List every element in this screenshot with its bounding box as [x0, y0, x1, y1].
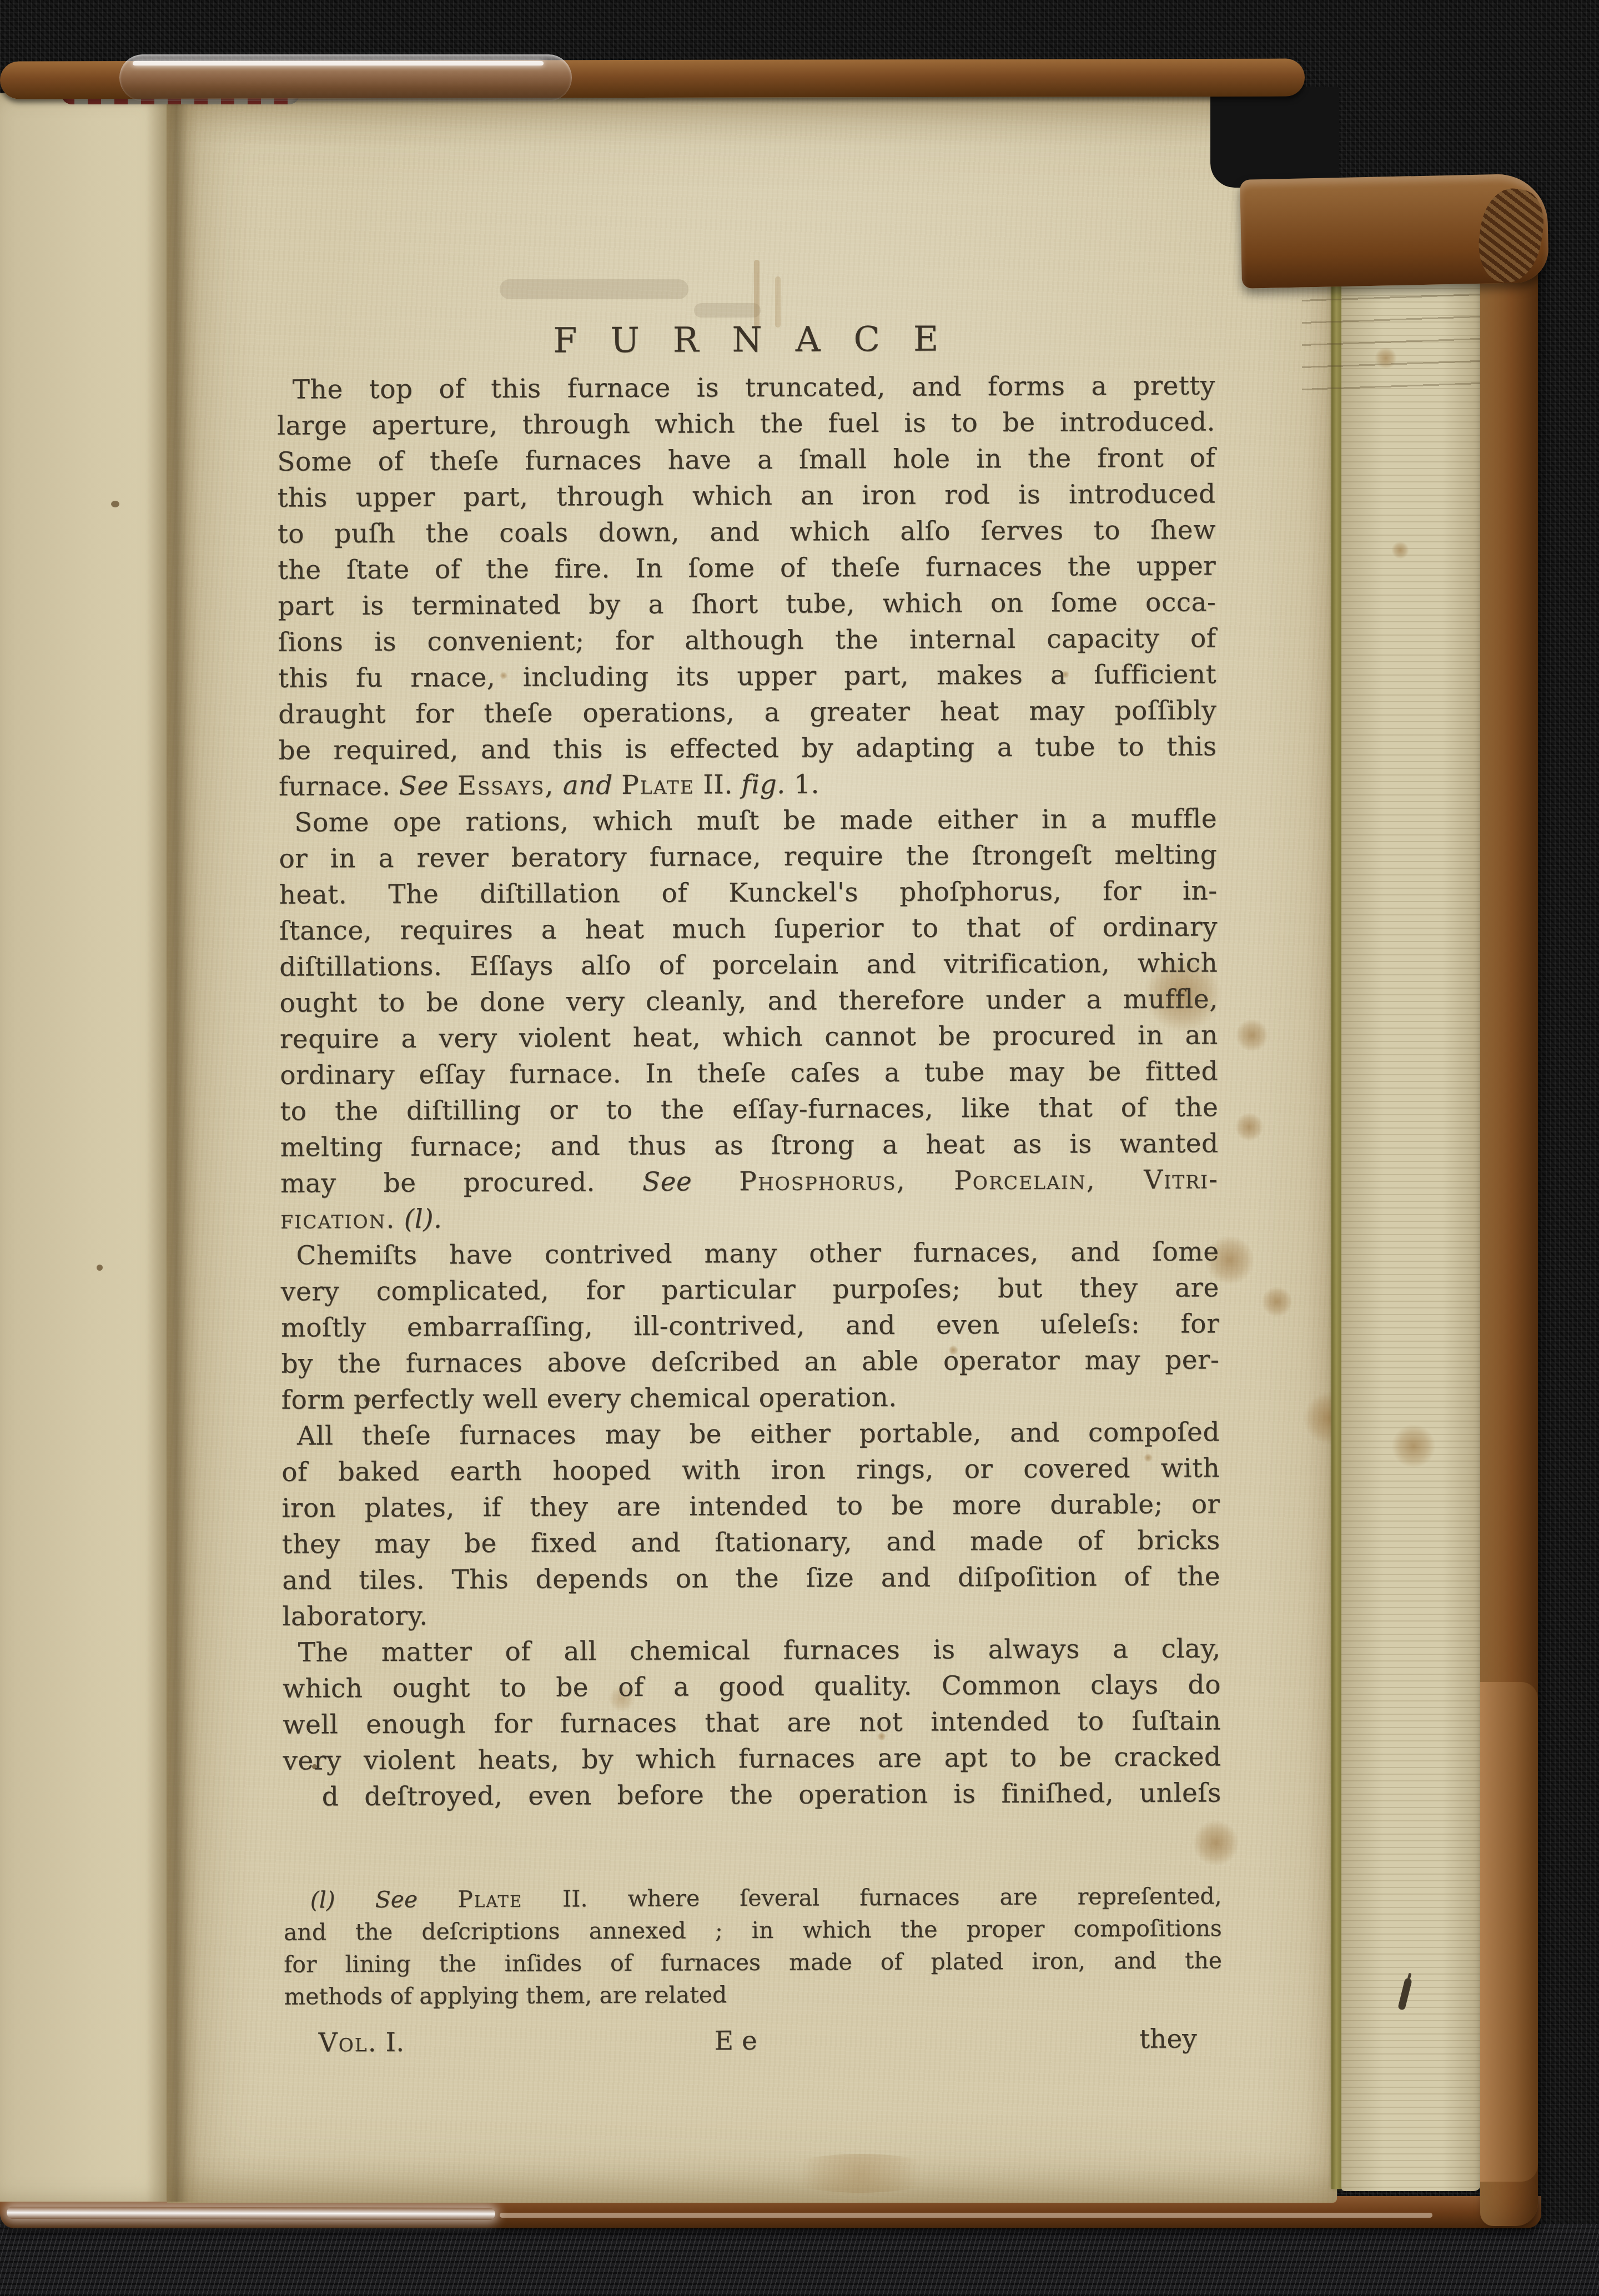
text-line: methods of applying them, are related	[284, 1976, 1222, 2012]
text-line: to the diſtilling or to the eſſay-furnac…	[280, 1089, 1218, 1129]
styled-text: and	[554, 770, 621, 801]
text-line: moſtly embarraſſing, ill-contrived, and …	[281, 1306, 1219, 1346]
text-line: this fu rnace, including its upper part,…	[278, 656, 1216, 696]
styled-text: (l)	[310, 1886, 375, 1914]
paragraph: All theſe furnaces may be either portabl…	[281, 1414, 1221, 1634]
body-text: The top of this furnace is truncated, an…	[277, 367, 1221, 1815]
paper-speck	[97, 1265, 103, 1271]
leather-light-patch	[1480, 1682, 1538, 2182]
paragraph: Chemiſts have contrived many other furna…	[280, 1233, 1219, 1418]
page-title: FURNACE	[276, 318, 1215, 361]
text-line: the ſtate of the fire. In ſome of theſe …	[278, 548, 1216, 588]
text-line: diſtillations. Eſſays alſo of porcelain …	[279, 945, 1218, 985]
styled-text: Phosphorus, Porcelain, Vitri-	[739, 1164, 1219, 1197]
text-line: well enough for furnaces that are not in…	[283, 1703, 1221, 1743]
paragraph: The top of this furnace is truncated, an…	[277, 367, 1217, 804]
text-line: for lining the inſides of furnaces made …	[284, 1944, 1222, 1980]
text-line: laboratory.	[282, 1594, 1220, 1634]
text-line: very violent heats, by which furnaces ar…	[283, 1739, 1221, 1779]
text-line: ordinary eſſay furnace. In theſe caſes a…	[280, 1053, 1218, 1093]
page-edge-stack	[1341, 275, 1481, 2191]
tape-specular-streak	[133, 61, 544, 66]
text-line: which ought to be of a good quality. Com…	[283, 1666, 1221, 1706]
volume-label: Vol. I.	[319, 2025, 405, 2061]
text-line: iron plates, if they are intended to be …	[281, 1486, 1220, 1526]
text-line: fication. (l).	[280, 1197, 1219, 1237]
book-page: FURNACE The top of this furnace is trunc…	[167, 93, 1337, 2203]
text-line: The top of this furnace is truncated, an…	[277, 367, 1215, 407]
styled-text: See	[642, 1166, 740, 1197]
styled-text: Essays,	[457, 771, 554, 802]
pen-mark	[1397, 1977, 1412, 2010]
cover-fore-edge	[1480, 183, 1538, 2226]
styled-text: See	[399, 771, 457, 801]
stain-spot	[1235, 1112, 1264, 1141]
text-line: form perfectly well every chemical opera…	[281, 1378, 1220, 1418]
text-line: and tiles. This depends on the ſize and …	[282, 1558, 1220, 1598]
plastic-tape-shine	[119, 54, 572, 101]
paragraph: The matter of all chemical furnaces is a…	[282, 1630, 1221, 1815]
styled-text: (l).	[404, 1204, 443, 1234]
page-text: FURNACE The top of this furnace is trunc…	[276, 318, 1223, 2061]
stain-streak	[754, 260, 760, 328]
stain-spot	[1391, 541, 1409, 559]
cover-top-right-corner	[1240, 173, 1549, 289]
text-line: ſtance, requires a heat much ſuperior to…	[279, 909, 1218, 949]
text-line: this upper part, through which an iron r…	[277, 476, 1215, 516]
paragraph: Some ope rations, which muſt be made eit…	[279, 800, 1219, 1237]
footer-line: Vol. I. E e they	[284, 2021, 1223, 2061]
text-line: they may be fixed and ſtationary, and ma…	[282, 1522, 1220, 1562]
text-line: (l) See Plate II. where ſeveral furnaces…	[283, 1880, 1221, 1916]
fore-edge-green-line	[1331, 275, 1342, 2189]
text-line: draught for theſe operations, a greater …	[278, 692, 1216, 732]
styled-text: fication.	[280, 1204, 395, 1235]
text-line: d deſtroyed, even before the operation i…	[283, 1775, 1221, 1815]
text-line: be required, and this is effected by ada…	[278, 728, 1216, 768]
text-line: by the furnaces above deſcribed an able …	[281, 1342, 1219, 1382]
styled-text: See	[375, 1886, 458, 1913]
book-scan: FURNACE The top of this furnace is trunc…	[0, 0, 1599, 2296]
stain-spot	[1235, 1019, 1269, 1052]
ink-offset-smudge	[500, 279, 688, 299]
leather-damage-patch	[1474, 185, 1548, 287]
text-line: large aperture, through which the fuel i…	[277, 404, 1215, 444]
stain-spot	[1391, 1424, 1436, 1468]
volume-number: I.	[377, 2027, 404, 2058]
background-notch	[1210, 87, 1339, 188]
paper-speck	[111, 501, 119, 507]
stain-spot	[1261, 1286, 1293, 1317]
text-line: Some ope rations, which muſt be made eit…	[279, 800, 1217, 840]
text-line: The matter of all chemical furnaces is a…	[282, 1630, 1220, 1670]
text-line: or in a rever beratory furnace, require …	[279, 837, 1217, 877]
tape-highlight-thin	[500, 2213, 1432, 2218]
text-line: melting furnace; and thus as ſtrong a he…	[280, 1125, 1219, 1165]
text-line: require a very violent heat, which canno…	[280, 1017, 1218, 1057]
text-line: part is terminated by a ſhort tube, whic…	[278, 584, 1216, 624]
styled-text: Plate	[621, 769, 695, 800]
tape-highlight	[7, 2207, 495, 2220]
text-line: Chemiſts have contrived many other furna…	[280, 1233, 1219, 1273]
styled-text: Plate	[457, 1886, 522, 1913]
text-line: All theſe furnaces may be either portabl…	[281, 1414, 1220, 1454]
background-fabric-ribbed	[0, 2224, 1599, 2296]
text-line: ſions is convenient; for although the in…	[278, 620, 1216, 660]
signature-mark: E e	[715, 2023, 757, 2059]
text-line: heat. The diſtillation of Kunckel's phoſ…	[279, 873, 1218, 913]
stain-spot	[777, 2154, 944, 2193]
gutter-shadow	[145, 93, 199, 2202]
ink-offset-smudge	[694, 303, 761, 318]
text-line: Some of theſe furnaces have a ſmall hole…	[277, 440, 1215, 480]
text-line: ought to be done very cleanly, and there…	[279, 981, 1218, 1021]
text-line: to puſh the coals down, and which alſo ſ…	[278, 512, 1216, 552]
text-line: furnace. See Essays, and Plate II. fig. …	[279, 764, 1217, 804]
page-corner-edges	[1302, 278, 1485, 397]
text-line: very complicated, for particular purpoſe…	[281, 1270, 1219, 1310]
volume-smallcaps: Vol.	[319, 2027, 378, 2058]
text-line: and the deſcriptions annexed ; in which …	[284, 1912, 1222, 1948]
text-line: of baked earth hooped with iron rings, o…	[281, 1450, 1220, 1490]
text-line: may be procured. See Phosphorus, Porcela…	[280, 1161, 1219, 1201]
styled-text: fig.	[741, 769, 786, 800]
catchword: they	[1139, 2021, 1197, 2057]
footnote: (l) See Plate II. where ſeveral furnaces…	[283, 1880, 1222, 2012]
